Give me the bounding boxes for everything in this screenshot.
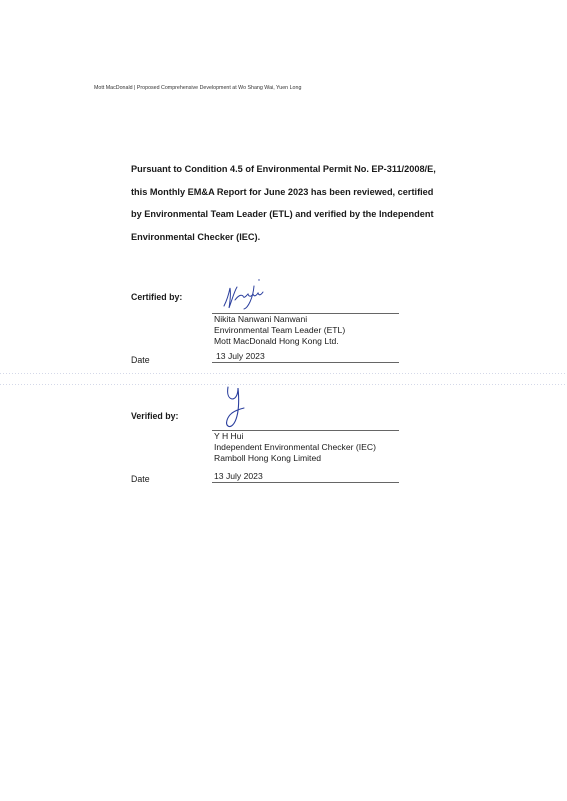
certified-date-line <box>212 362 399 363</box>
statement-line: by Environmental Team Leader (ETL) and v… <box>131 203 461 226</box>
verified-date-line <box>212 482 399 483</box>
scan-artifact <box>0 384 567 385</box>
verified-date: 13 July 2023 <box>214 471 263 482</box>
certified-by-label: Certified by: <box>131 292 182 302</box>
verifier-name: Y H Hui <box>214 431 376 442</box>
certifier-role: Environmental Team Leader (ETL) <box>214 325 345 336</box>
statement-line: Pursuant to Condition 4.5 of Environment… <box>131 158 461 181</box>
page-header: Mott MacDonald | Proposed Comprehensive … <box>94 85 301 91</box>
certified-date: 13 July 2023 <box>216 351 265 362</box>
certification-statement: Pursuant to Condition 4.5 of Environment… <box>131 158 461 248</box>
etl-signature-icon <box>220 278 272 314</box>
statement-line: Environmental Checker (IEC). <box>131 226 461 249</box>
certified-date-label: Date <box>131 355 150 365</box>
verifier-company: Ramboll Hong Kong Limited <box>214 453 376 464</box>
statement-line: this Monthly EM&A Report for June 2023 h… <box>131 181 461 204</box>
certifier-company: Mott MacDonald Hong Kong Ltd. <box>214 336 345 347</box>
verified-details: Y H Hui Independent Environmental Checke… <box>214 431 376 463</box>
iec-signature-icon <box>222 384 252 430</box>
scan-artifact <box>0 373 567 374</box>
verified-date-label: Date <box>131 474 150 484</box>
verified-by-label: Verified by: <box>131 411 178 421</box>
certifier-name: Nikita Nanwani Nanwani <box>214 314 345 325</box>
certified-details: Nikita Nanwani Nanwani Environmental Tea… <box>214 314 345 346</box>
verifier-role: Independent Environmental Checker (IEC) <box>214 442 376 453</box>
